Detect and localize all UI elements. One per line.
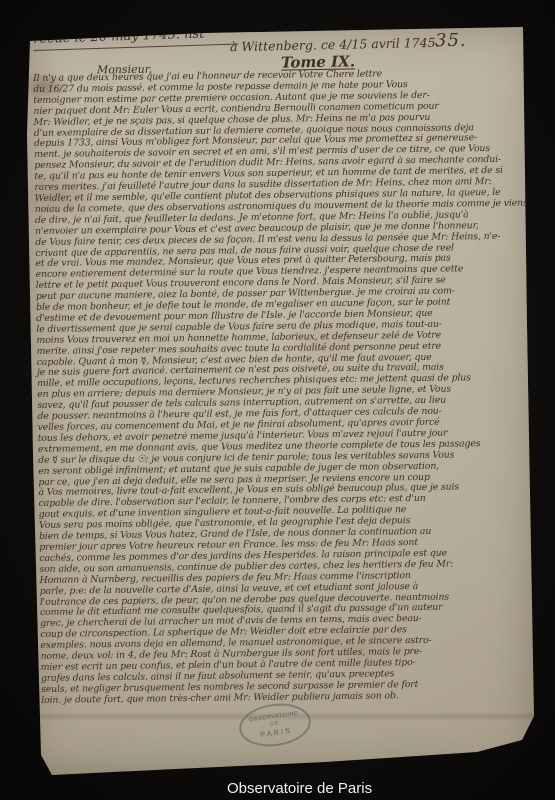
stamp-text-bottom: PARIS (260, 725, 293, 738)
received-annotation: recue le 20 may 1745. nst (33, 26, 239, 51)
letter-body: Il n'y a que deux heures que j'ai eu l'h… (33, 67, 539, 706)
page-number: 35. (435, 30, 467, 51)
letter-page: recue le 20 may 1745. nst à Wittenberg. … (25, 24, 537, 776)
place-date: à Wittenberg. ce 4/15 avril 1745. (230, 35, 440, 54)
photo-of-letter: recue le 20 may 1745. nst à Wittenberg. … (0, 0, 555, 800)
photo-caption: Observatoire de Paris (227, 780, 372, 797)
observatory-stamp: OBSERVATOIRE DE PARIS (236, 699, 313, 751)
